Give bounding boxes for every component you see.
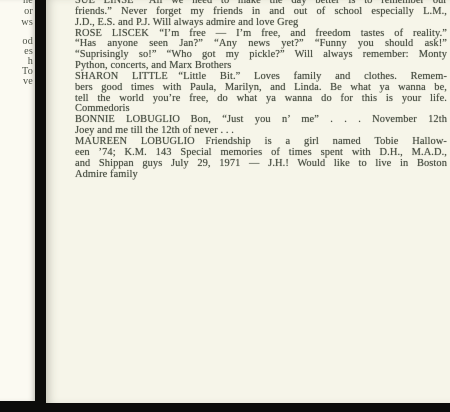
text-line: and Shippan guys July 29, 1971 — J.H.! W… — [75, 159, 447, 170]
adjacent-page-text-fragment: ve — [23, 77, 33, 87]
text-line: J.D., E.S. and P.J. Will always admire a… — [75, 18, 447, 29]
text-line: Admire family — [75, 170, 447, 181]
text-line: bers good times with Paula, Marilyn, and… — [75, 83, 447, 94]
adjacent-page-text-fragment: ws — [21, 18, 33, 28]
quotes-text-block: SUE LINSE “All we need to make the day b… — [75, 0, 447, 180]
bottom-frame-bar — [0, 403, 450, 412]
adjacent-page-text-fragment: or — [24, 7, 33, 17]
page-gutter-bar — [35, 0, 46, 412]
text-line: tell the world you’re free, do what ya w… — [75, 94, 447, 105]
adjacent-page-edge: neorwsodeshTove — [0, 0, 35, 401]
yearbook-scan: neorwsodeshTove SUE LINSE “All we need t… — [0, 0, 450, 412]
